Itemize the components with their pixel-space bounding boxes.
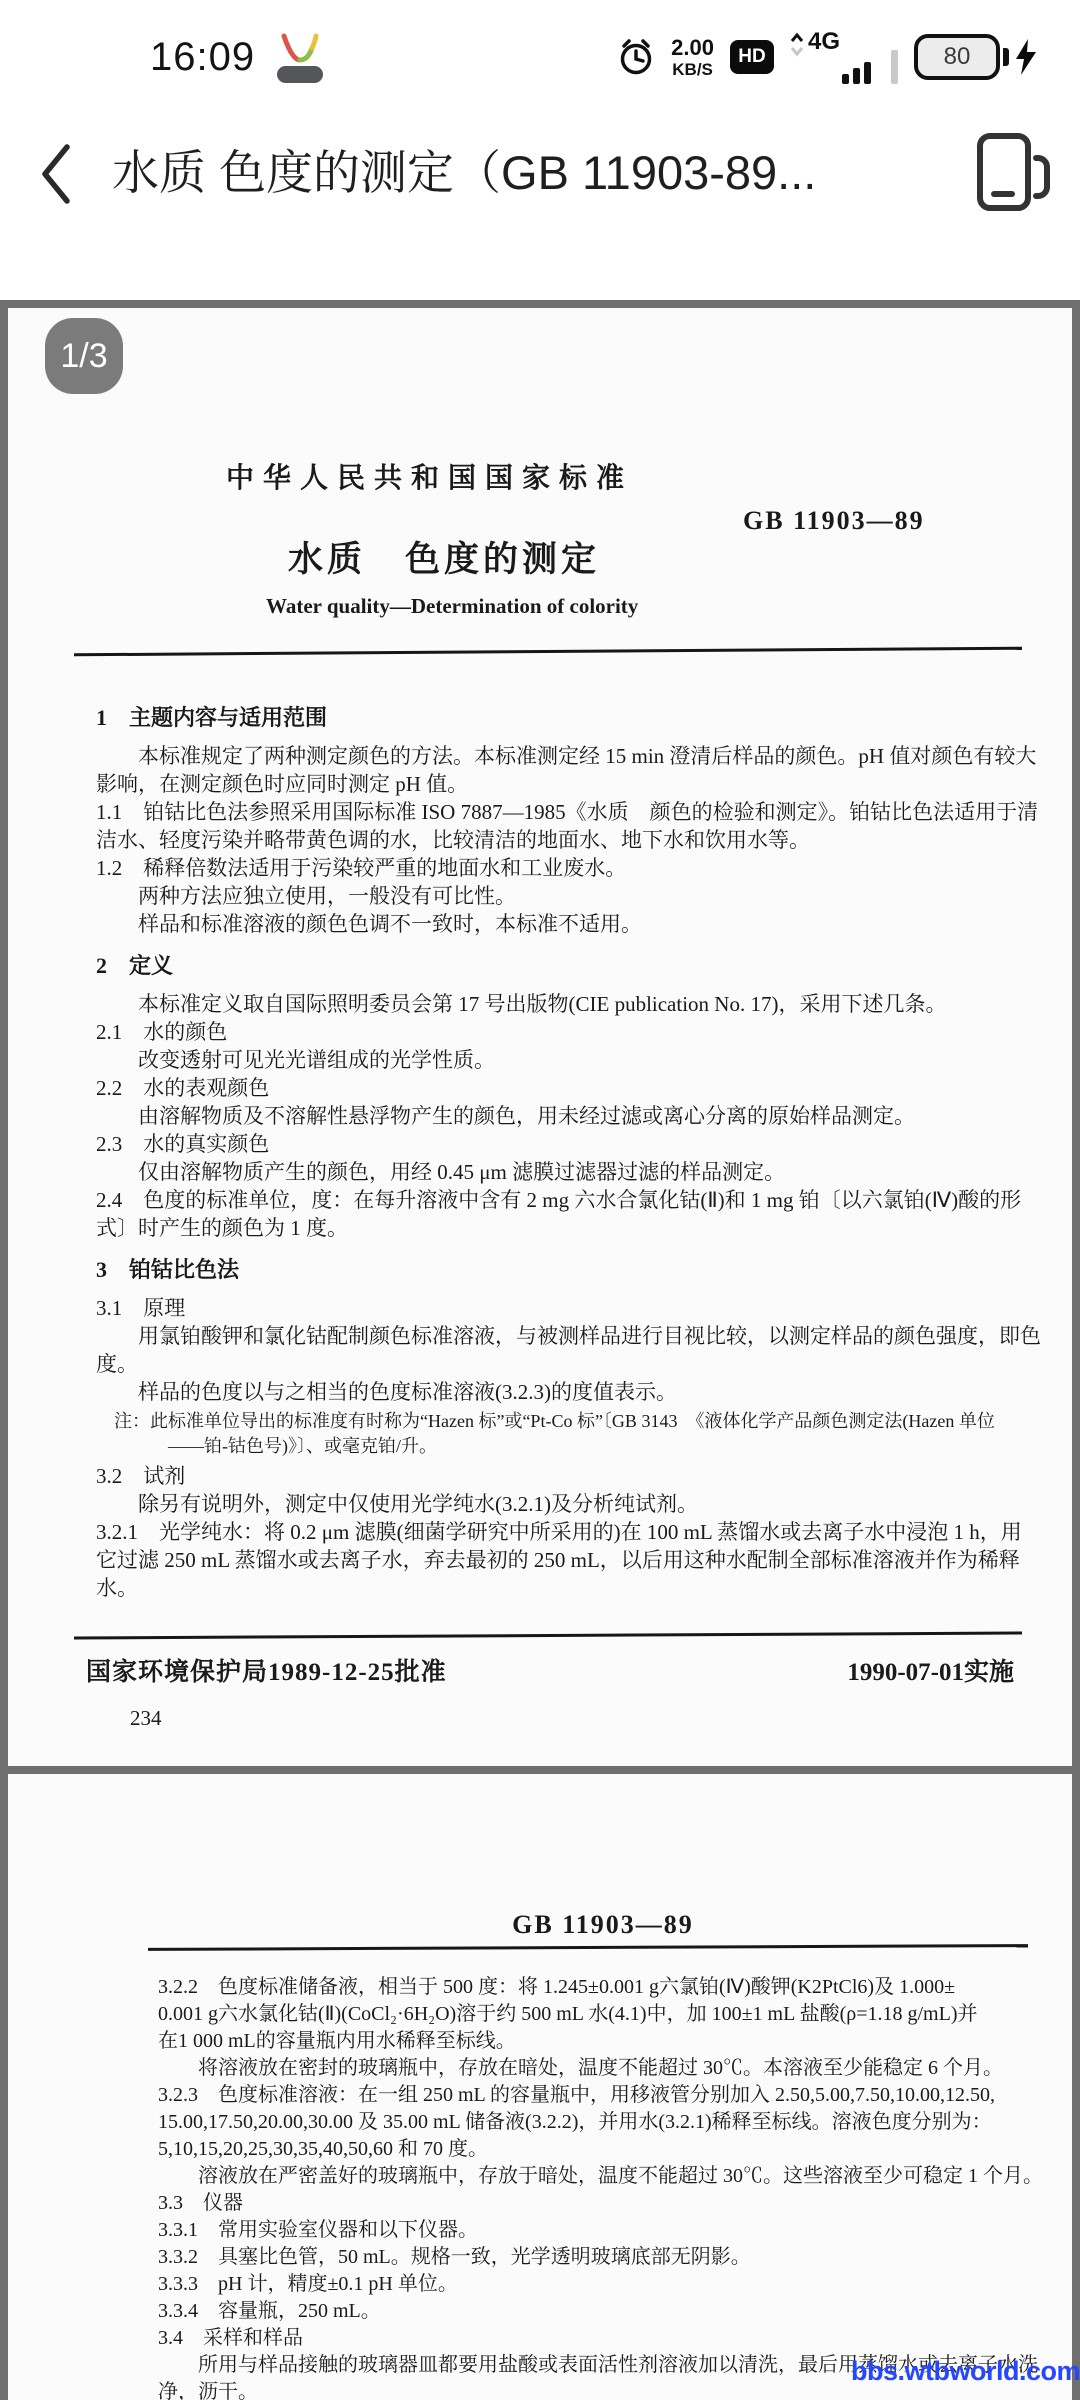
doc-line: 3.2.3 色度标准溶液：在一组 250 mL 的容量瓶中，用移液管分别加入 2…	[158, 2082, 1038, 2109]
doc-line: 式〕时产生的颜色为 1 度。	[96, 1214, 1056, 1242]
notification-badge	[277, 66, 323, 83]
doc-line: 3.3.2 具塞比色管，50 mL。规格一致，光学透明玻璃底部无阴影。	[158, 2244, 1038, 2271]
document-title: 水质 色度的测定（GB 11903-89...	[112, 136, 912, 203]
doc-line: 3.4 采样和样品	[158, 2325, 1038, 2352]
battery-level: 80	[914, 34, 1000, 80]
hd-voice-icon: HD	[730, 40, 774, 74]
page1-body: 1 主题内容与适用范围本标准规定了两种测定颜色的方法。本标准测定经 15 min…	[96, 690, 1056, 1602]
doc-line: 15.00,17.50,20.00,30.00 及 35.00 mL 储备液(3…	[158, 2109, 1038, 2136]
doc-line: 2.3 水的真实颜色	[96, 1130, 1056, 1158]
signal-bars-icon	[842, 62, 871, 84]
header-rule	[74, 647, 1022, 657]
doc-line: 3.3.3 pH 计，精度±0.1 pH 单位。	[158, 2271, 1038, 2298]
doc-line: 除另有说明外，测定中仅使用光学纯水(3.2.1)及分析纯试剂。	[96, 1490, 1056, 1518]
approval-note: 国家环境保护局1989-12-25批准	[86, 1652, 447, 1688]
footer-rule	[74, 1632, 1022, 1640]
standard-title-english: Water quality—Determination of colority	[266, 594, 638, 619]
doc-line: 在1 000 mL的容量瓶内用水稀释至标线。	[158, 2028, 1038, 2055]
doc-line: 2 定义	[96, 952, 1056, 980]
doc-line: 将溶液放在密封的玻璃瓶中，存放在暗处，温度不能超过 30℃。本溶液至少能稳定 6…	[158, 2055, 1038, 2082]
printed-page-number: 234	[130, 1706, 162, 1731]
phone-transfer-icon	[962, 128, 1052, 218]
doc-line: 3.2.2 色度标准储备液，相当于 500 度：将 1.245±0.001 g六…	[158, 1974, 1038, 2001]
alarm-clock-icon	[617, 37, 655, 77]
page-indicator-badge: 1/3	[45, 318, 123, 394]
doc-line: 溶液放在严密盖好的玻璃瓶中，存放于暗处，温度不能超过 30℃。这些溶液至少可稳定…	[158, 2163, 1038, 2190]
doc-line: 改变透射可见光光谱组成的光学性质。	[96, 1046, 1056, 1074]
doc-line: 水。	[96, 1574, 1056, 1602]
doc-line: 样品和标准溶液的颜色色调不一致时，本标准不适用。	[96, 910, 1056, 938]
app-header: 水质 色度的测定（GB 11903-89...	[0, 100, 1080, 300]
sim2-signal-icon	[891, 50, 898, 84]
doc-line: 仅由溶解物质产生的颜色，用经 0.45 μm 滤膜过滤器过滤的样品测定。	[96, 1158, 1056, 1186]
standard-number: GB 11903—89	[743, 506, 925, 536]
doc-line: 它过滤 250 mL 蒸馏水或去离子水，弃去最初的 250 mL，以后用这种水配…	[96, 1546, 1056, 1574]
updown-arrows-icon	[790, 32, 804, 58]
doc-line: 3 铂钴比色法	[96, 1256, 1056, 1284]
doc-line: 3.2 试剂	[96, 1462, 1056, 1490]
doc-line: 2.4 色度的标准单位，度：在每升溶液中含有 2 mg 六水合氯化钴(Ⅱ)和 1…	[96, 1186, 1056, 1214]
network-speed: 2.00 KB/S	[671, 37, 714, 78]
national-standard-heading: 中华人民共和国国家标准	[226, 456, 633, 496]
network-speed-value: 2.00	[671, 37, 714, 59]
document-page-1: 1/3 中华人民共和国国家标准 GB 11903—89 水质 色度的测定 Wat…	[8, 308, 1072, 1766]
status-bar: 16:09 2.00 KB/S HD 4G	[0, 0, 1080, 100]
doc-line: 1.1 铂钴比色法参照采用国际标准 ISO 7887—1985《水质 颜色的检验…	[96, 798, 1056, 826]
network-type-label: 4G	[808, 28, 840, 56]
cellular-signal: 4G	[790, 28, 898, 86]
implementation-date: 1990-07-01实施	[847, 1652, 1014, 1688]
doc-line: 3.3.1 常用实验室仪器和以下仪器。	[158, 2217, 1038, 2244]
document-viewer[interactable]: 1/3 中华人民共和国国家标准 GB 11903—89 水质 色度的测定 Wat…	[0, 300, 1080, 2400]
doc-line: ——铂-钴色号)》〕、或毫克铂/升。	[96, 1434, 1056, 1459]
page2-body: 3.2.2 色度标准储备液，相当于 500 度：将 1.245±0.001 g六…	[158, 1974, 1038, 2400]
standard-title: 水质 色度的测定	[288, 532, 600, 582]
chevron-left-icon	[35, 141, 79, 207]
doc-line: 样品的色度以与之相当的色度标准溶液(3.2.3)的度值表示。	[96, 1378, 1056, 1406]
clock-time: 16:09	[150, 35, 255, 80]
doc-line: 3.3 仪器	[158, 2190, 1038, 2217]
notification-app-icon	[277, 32, 323, 83]
doc-line: 本标准定义取自国际照明委员会第 17 号出版物(CIE publication …	[96, 990, 1056, 1018]
doc-line: 2.2 水的表观颜色	[96, 1074, 1056, 1102]
doc-line: 洁水、轻度污染并略带黄色调的水，比较清洁的地面水、地下水和饮用水等。	[96, 826, 1056, 854]
document-page-2: GB 11903—89 3.2.2 色度标准储备液，相当于 500 度：将 1.…	[8, 1774, 1072, 2400]
doc-line: 本标准规定了两种测定颜色的方法。本标准测定经 15 min 澄清后样品的颜色。p…	[96, 742, 1056, 770]
send-to-phone-button[interactable]	[962, 128, 1052, 218]
doc-line: 2.1 水的颜色	[96, 1018, 1056, 1046]
site-watermark: bbs.wtbworld.com	[851, 2356, 1080, 2387]
doc-line: 1 主题内容与适用范围	[96, 704, 1056, 732]
doc-line: 影响，在测定颜色时应同时测定 pH 值。	[96, 770, 1056, 798]
doc-line: 由溶解物质及不溶解性悬浮物产生的颜色，用未经过滤或离心分离的原始样品测定。	[96, 1102, 1056, 1130]
network-speed-unit: KB/S	[672, 61, 713, 78]
doc-line: 3.3.4 容量瓶，250 mL。	[158, 2298, 1038, 2325]
battery-percent: 80	[944, 43, 971, 71]
charging-bolt-icon	[1014, 38, 1038, 76]
battery-nub	[1003, 48, 1009, 66]
header-rule	[148, 1944, 1028, 1951]
back-button[interactable]	[30, 140, 84, 210]
standard-number: GB 11903—89	[512, 1910, 694, 1940]
doc-line: 1.2 稀释倍数法适用于污染较严重的地面水和工业废水。	[96, 854, 1056, 882]
doc-line: 两种方法应独立使用，一般没有可比性。	[96, 882, 1056, 910]
smile-arc-icon	[279, 32, 321, 64]
doc-line: 注：此标准单位导出的标准度有时称为“Hazen 标”或“Pt-Co 标”〔GB …	[96, 1409, 1056, 1434]
doc-line: 5,10,15,20,25,30,35,40,50,60 和 70 度。	[158, 2136, 1038, 2163]
doc-line: 0.001 g六水氯化钴(Ⅱ)(CoCl₂·6H₂O)溶于约 500 mL 水(…	[158, 2001, 1038, 2028]
doc-line: 3.1 原理	[96, 1294, 1056, 1322]
doc-line: 度。	[96, 1350, 1056, 1378]
doc-line: 用氯铂酸钾和氯化钴配制颜色标准溶液，与被测样品进行目视比较，以测定样品的颜色强度…	[96, 1322, 1056, 1350]
battery-indicator: 80	[914, 34, 1038, 80]
doc-line: 3.2.1 光学纯水：将 0.2 μm 滤膜(细菌学研究中所采用的)在 100 …	[96, 1518, 1056, 1546]
